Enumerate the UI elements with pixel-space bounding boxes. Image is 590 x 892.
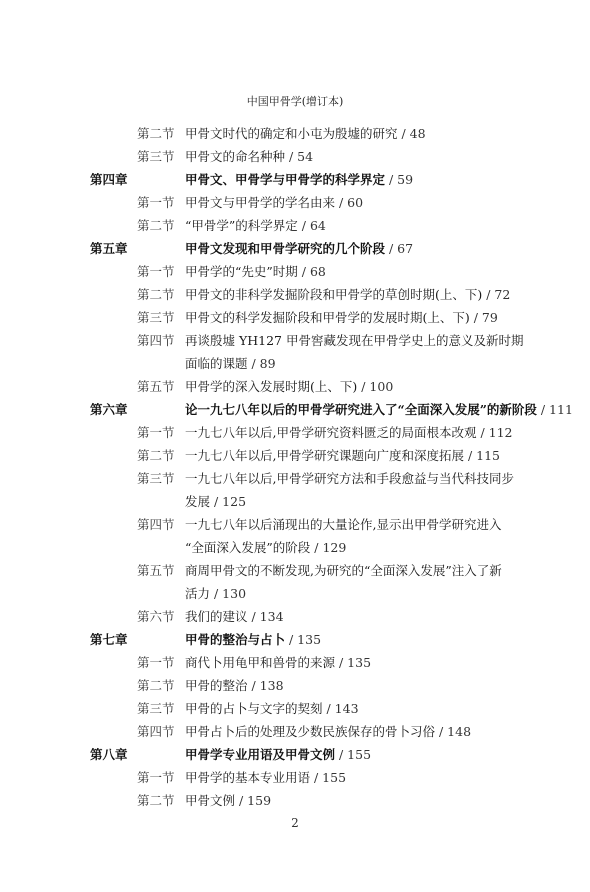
entry-page-number: / 64 (298, 218, 326, 233)
entry-label: 第七章 (90, 628, 128, 651)
entry-title-continuation: “全面深入发展”的阶段 / 129 (185, 536, 346, 559)
entry-label: 第二节 (137, 789, 175, 812)
entry-title: 甲骨学的“先史”时期 / 68 (185, 260, 326, 283)
toc-section-entry: 第六节我们的建议 / 134 (0, 605, 590, 628)
entry-page-number: / 115 (464, 448, 500, 463)
entry-page-number: / 125 (210, 494, 246, 509)
entry-title: 甲骨文的科学发掘阶段和甲骨学的发展时期(上、下) / 79 (185, 306, 498, 329)
toc-section-entry: 第三节甲骨文的科学发掘阶段和甲骨学的发展时期(上、下) / 79 (0, 306, 590, 329)
toc-section-entry: 第二节甲骨文例 / 159 (0, 789, 590, 812)
entry-title: 甲骨占卜后的处理及少数民族保存的骨卜习俗 / 148 (185, 720, 471, 743)
entry-title: 甲骨文例 / 159 (185, 789, 271, 812)
toc-section-entry: 第四节一九七八年以后涌现出的大量论作,显示出甲骨学研究进入 (0, 513, 590, 536)
entry-label: 第四节 (137, 329, 175, 352)
toc-section-entry: 第二节一九七八年以后,甲骨学研究课题向广度和深度拓展 / 115 (0, 444, 590, 467)
toc-section-entry: 第四节甲骨占卜后的处理及少数民族保存的骨卜习俗 / 148 (0, 720, 590, 743)
entry-title: 甲骨文时代的确定和小屯为殷墟的研究 / 48 (185, 122, 426, 145)
entry-page-number: / 48 (398, 126, 426, 141)
entry-title: 再谈殷墟 YH127 甲骨窖藏发现在甲骨学史上的意义及新时期 (185, 329, 523, 352)
entry-label: 第三节 (137, 145, 175, 168)
entry-title: 甲骨学的深入发展时期(上、下) / 100 (185, 375, 393, 398)
entry-page-number: / 67 (385, 241, 413, 256)
toc-section-entry: 第三节一九七八年以后,甲骨学研究方法和手段愈益与当代科技同步 (0, 467, 590, 490)
entry-page-number: / 79 (470, 310, 498, 325)
entry-title: 我们的建议 / 134 (185, 605, 284, 628)
entry-page-number: / 130 (210, 586, 246, 601)
entry-title: 论一九七八年以后的甲骨学研究进入了“全面深入发展”的新阶段 / 111 (185, 398, 573, 421)
entry-label: 第二节 (137, 444, 175, 467)
entry-page-number: / 143 (323, 701, 359, 716)
toc-section-entry: 第五节甲骨学的深入发展时期(上、下) / 100 (0, 375, 590, 398)
toc-entry-continuation: 发展 / 125 (0, 490, 590, 513)
entry-label: 第二节 (137, 122, 175, 145)
entry-title: 一九七八年以后,甲骨学研究资料匮乏的局面根本改观 / 112 (185, 421, 513, 444)
toc-section-entry: 第二节甲骨文的非科学发掘阶段和甲骨学的草创时期(上、下) / 72 (0, 283, 590, 306)
entry-label: 第五节 (137, 375, 175, 398)
entry-page-number: / 89 (248, 356, 276, 371)
entry-label: 第一节 (137, 766, 175, 789)
entry-page-number: / 135 (335, 655, 371, 670)
entry-page-number: / 148 (435, 724, 471, 739)
entry-title: 甲骨文发现和甲骨学研究的几个阶段 / 67 (185, 237, 413, 260)
entry-label: 第三节 (137, 697, 175, 720)
toc-section-entry: 第一节甲骨学的基本专业用语 / 155 (0, 766, 590, 789)
toc-chapter-entry: 第八章甲骨学专业用语及甲骨文例 / 155 (0, 743, 590, 766)
entry-page-number: / 111 (537, 402, 573, 417)
entry-label: 第一节 (137, 191, 175, 214)
entry-title-continuation: 面临的课题 / 89 (185, 352, 276, 375)
entry-title: 甲骨的整治与占卜 / 135 (185, 628, 321, 651)
toc-section-entry: 第二节“甲骨学”的科学界定 / 64 (0, 214, 590, 237)
entry-title: 甲骨的占卜与文字的契刻 / 143 (185, 697, 359, 720)
entry-title-continuation: 活力 / 130 (185, 582, 246, 605)
entry-page-number: / 68 (298, 264, 326, 279)
entry-title: “甲骨学”的科学界定 / 64 (185, 214, 326, 237)
toc-chapter-entry: 第七章甲骨的整治与占卜 / 135 (0, 628, 590, 651)
entry-label: 第六章 (90, 398, 128, 421)
entry-title: 商周甲骨文的不断发现,为研究的“全面深入发展”注入了新 (185, 559, 502, 582)
entry-title: 甲骨文、甲骨学与甲骨学的科学界定 / 59 (185, 168, 413, 191)
toc-section-entry: 第一节甲骨学的“先史”时期 / 68 (0, 260, 590, 283)
entry-label: 第八章 (90, 743, 128, 766)
toc-section-entry: 第五节商周甲骨文的不断发现,为研究的“全面深入发展”注入了新 (0, 559, 590, 582)
entry-title: 甲骨的整治 / 138 (185, 674, 284, 697)
entry-page-number: / 138 (248, 678, 284, 693)
entry-page-number: / 155 (335, 747, 371, 762)
entry-page-number: / 72 (482, 287, 510, 302)
entry-label: 第二节 (137, 283, 175, 306)
entry-page-number: / 129 (310, 540, 346, 555)
entry-label: 第一节 (137, 651, 175, 674)
entry-label: 第六节 (137, 605, 175, 628)
entry-label: 第二节 (137, 674, 175, 697)
entry-page-number: / 159 (235, 793, 271, 808)
entry-page-number: / 60 (335, 195, 363, 210)
page-number: 2 (0, 816, 590, 830)
toc-entry-continuation: 面临的课题 / 89 (0, 352, 590, 375)
entry-title: 甲骨文的命名种种 / 54 (185, 145, 313, 168)
entry-page-number: / 135 (285, 632, 321, 647)
toc-section-entry: 第三节甲骨文的命名种种 / 54 (0, 145, 590, 168)
entry-page-number: / 59 (385, 172, 413, 187)
toc-section-entry: 第一节甲骨文与甲骨学的学名由来 / 60 (0, 191, 590, 214)
toc-chapter-entry: 第五章甲骨文发现和甲骨学研究的几个阶段 / 67 (0, 237, 590, 260)
toc-chapter-entry: 第六章论一九七八年以后的甲骨学研究进入了“全面深入发展”的新阶段 / 111 (0, 398, 590, 421)
entry-label: 第一节 (137, 421, 175, 444)
entry-title: 一九七八年以后,甲骨学研究方法和手段愈益与当代科技同步 (185, 467, 514, 490)
toc-section-entry: 第二节甲骨文时代的确定和小屯为殷墟的研究 / 48 (0, 122, 590, 145)
entry-label: 第五节 (137, 559, 175, 582)
toc-section-entry: 第二节甲骨的整治 / 138 (0, 674, 590, 697)
table-of-contents: 第二节甲骨文时代的确定和小屯为殷墟的研究 / 48第三节甲骨文的命名种种 / 5… (0, 122, 590, 812)
entry-label: 第二节 (137, 214, 175, 237)
entry-title: 商代卜用龟甲和兽骨的来源 / 135 (185, 651, 371, 674)
entry-title: 甲骨学的基本专业用语 / 155 (185, 766, 346, 789)
entry-page-number: / 54 (285, 149, 313, 164)
toc-section-entry: 第三节甲骨的占卜与文字的契刻 / 143 (0, 697, 590, 720)
entry-title: 甲骨文的非科学发掘阶段和甲骨学的草创时期(上、下) / 72 (185, 283, 510, 306)
entry-label: 第四节 (137, 513, 175, 536)
entry-title-continuation: 发展 / 125 (185, 490, 246, 513)
toc-section-entry: 第一节商代卜用龟甲和兽骨的来源 / 135 (0, 651, 590, 674)
entry-label: 第四节 (137, 720, 175, 743)
running-head: 中国甲骨学(增订本) (0, 93, 590, 109)
entry-label: 第五章 (90, 237, 128, 260)
entry-page-number: / 112 (476, 425, 512, 440)
entry-page-number: / 134 (248, 609, 284, 624)
entry-title: 一九七八年以后,甲骨学研究课题向广度和深度拓展 / 115 (185, 444, 500, 467)
entry-title: 甲骨文与甲骨学的学名由来 / 60 (185, 191, 363, 214)
toc-entry-continuation: 活力 / 130 (0, 582, 590, 605)
entry-title: 甲骨学专业用语及甲骨文例 / 155 (185, 743, 371, 766)
entry-label: 第三节 (137, 467, 175, 490)
entry-label: 第一节 (137, 260, 175, 283)
entry-page-number: / 100 (357, 379, 393, 394)
toc-section-entry: 第一节一九七八年以后,甲骨学研究资料匮乏的局面根本改观 / 112 (0, 421, 590, 444)
toc-section-entry: 第四节再谈殷墟 YH127 甲骨窖藏发现在甲骨学史上的意义及新时期 (0, 329, 590, 352)
entry-page-number: / 155 (310, 770, 346, 785)
entry-label: 第四章 (90, 168, 128, 191)
toc-entry-continuation: “全面深入发展”的阶段 / 129 (0, 536, 590, 559)
entry-title: 一九七八年以后涌现出的大量论作,显示出甲骨学研究进入 (185, 513, 501, 536)
toc-chapter-entry: 第四章甲骨文、甲骨学与甲骨学的科学界定 / 59 (0, 168, 590, 191)
entry-label: 第三节 (137, 306, 175, 329)
